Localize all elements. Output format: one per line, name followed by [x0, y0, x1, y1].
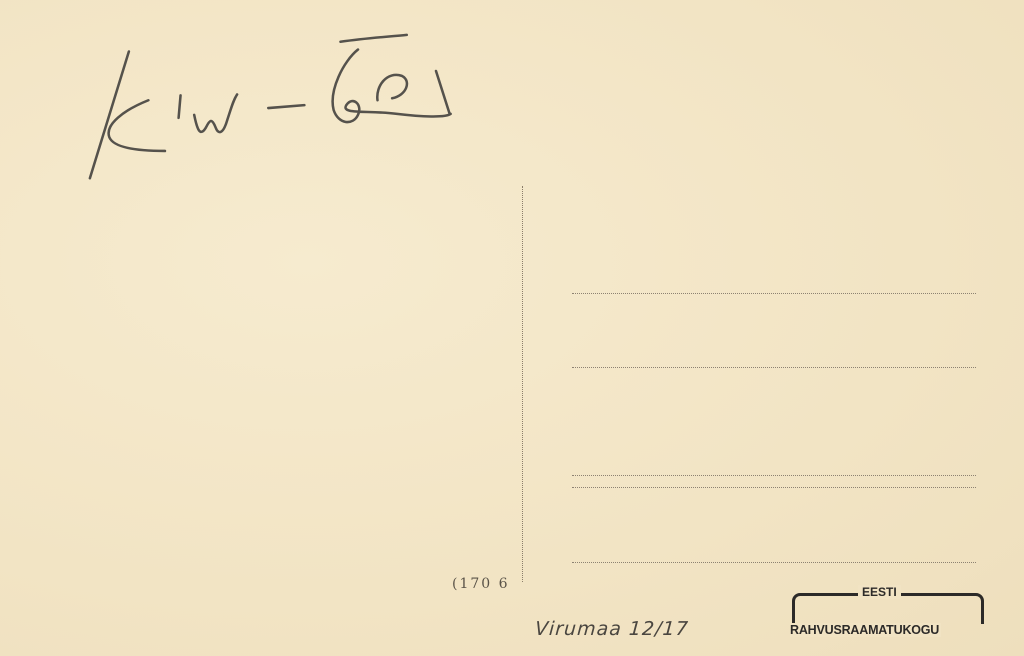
stamp-top-text: EESTI [858, 585, 901, 599]
address-line [572, 562, 976, 563]
library-stamp: EESTI RAHVUSRAAMATUKOGU [790, 585, 982, 645]
stamp-bottom-text: RAHVUSRAAMATUKOGU [790, 623, 941, 637]
address-line [572, 475, 976, 476]
address-line [572, 293, 976, 294]
handwritten-title [85, 30, 475, 190]
vertical-divider [522, 186, 523, 582]
catalog-note: Virumaa 12/17 [534, 618, 689, 640]
address-line [572, 367, 976, 368]
printed-number: (170 6 [452, 576, 510, 592]
postcard-back: (170 6 Virumaa 12/17 EESTI RAHVUSRAAMATU… [0, 0, 1024, 656]
address-line [572, 487, 976, 488]
